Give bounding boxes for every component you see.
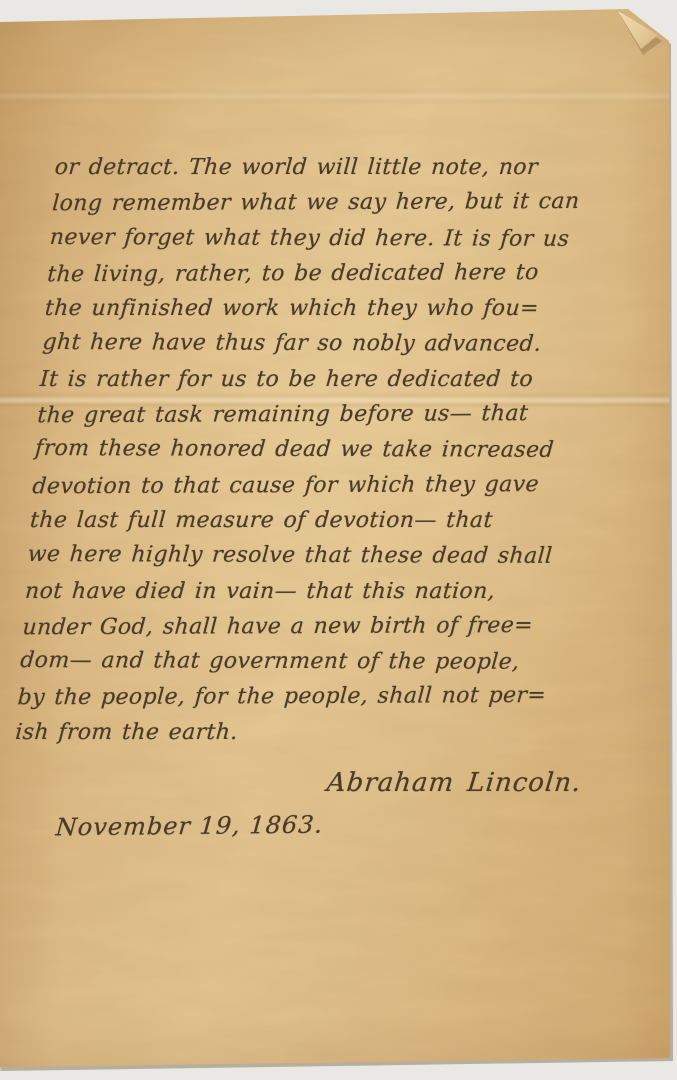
signature: Abraham Lincoln. [325,768,583,798]
manuscript-line: never forget what they did here. It is f… [49,220,631,257]
paper-crease-top [0,88,677,104]
manuscript-line: we here highly resolve that these dead s… [26,537,608,574]
manuscript-line: ght here have thus far so nobly advanced… [41,325,623,362]
manuscript-line: or detract. The world will little note, … [54,150,636,185]
manuscript-line: not have died in vain— that this nation, [24,574,606,609]
manuscript-line: long remember what we say here, but it c… [51,184,633,222]
manuscript-line: by the people, for the people, shall not… [17,678,599,716]
scanned-document: or detract. The world will little note, … [0,0,677,1080]
manuscript-line: the unfinished work which they who fou= [44,291,626,326]
manuscript-line: under God, shall have a new birth of fre… [21,608,603,646]
manuscript-line: dom— and that government of the people, [19,643,601,680]
manuscript-line: from these honored dead we take increase… [34,431,616,468]
manuscript-line: the great task remaining before us— that [36,396,618,434]
date-line: November 19, 1863. [55,811,325,842]
paper-sheet: or detract. The world will little note, … [0,0,677,1080]
manuscript-line: the living, rather, to be dedicated here… [46,255,628,293]
manuscript-line: the last full measure of devotion— that [29,503,611,538]
manuscript-text: or detract. The world will little note, … [14,150,636,750]
manuscript-line: It is rather for us to be here dedicated… [39,362,621,397]
manuscript-line: ish from the earth. [14,715,596,750]
manuscript-line: devotion to that cause for which they ga… [31,466,613,504]
